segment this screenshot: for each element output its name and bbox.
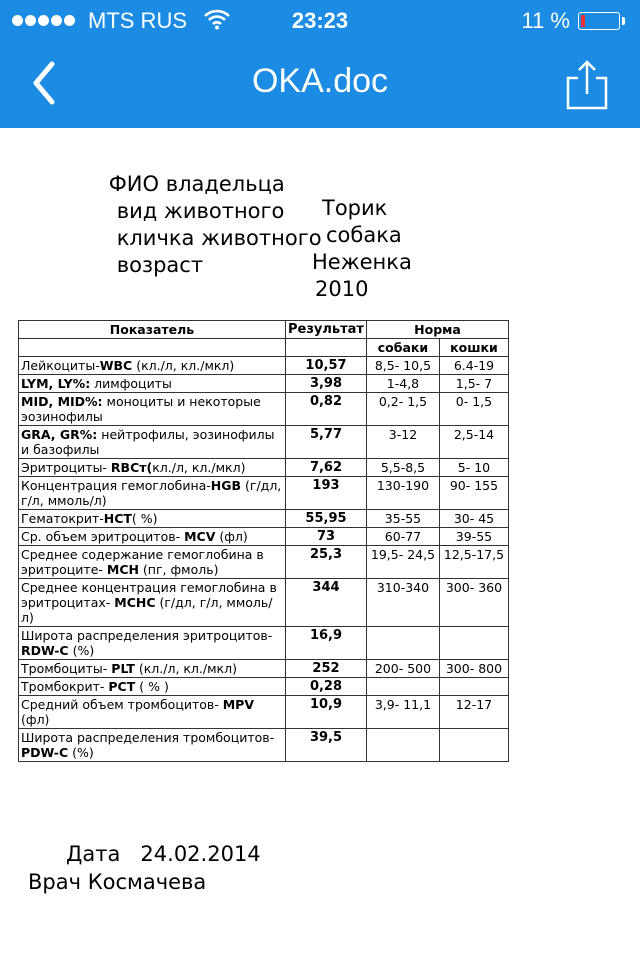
norm-cats-cell: 300- 800	[439, 660, 508, 678]
result-cell: 0,82	[286, 393, 367, 426]
nav-bar: OKA.doc	[0, 40, 640, 128]
result-cell: 3,98	[286, 375, 367, 393]
norm-dogs-cell: 3,9- 11,1	[366, 696, 439, 729]
info-value: Торик	[322, 196, 387, 220]
share-icon[interactable]	[564, 60, 610, 110]
doctor-label: Врач	[28, 870, 81, 894]
indicator-unit: (кл./л, кл./мкл)	[135, 661, 237, 676]
info-value: Неженка	[312, 250, 412, 274]
norm-cats-cell	[439, 729, 508, 762]
indicator-code: PCT	[108, 679, 135, 694]
indicator-unit: ( % )	[135, 679, 169, 694]
indicator-cell: MID, MID%: моноциты и некоторые эозинофи…	[19, 393, 286, 426]
table-row: LYM, LY%: лимфоциты3,981-4,81,5- 7	[19, 375, 509, 393]
info-value: 2010	[315, 277, 368, 301]
indicator-code: RBCт(	[111, 460, 152, 475]
date-label: Дата	[66, 842, 120, 866]
indicator-name: Лейкоциты-	[21, 358, 100, 373]
indicator-unit: кл./л, кл./мкл)	[152, 460, 245, 475]
indicator-name: Тромбоциты-	[21, 661, 111, 676]
indicator-cell: Лейкоциты-WBC (кл./л, кл./мкл)	[19, 357, 286, 375]
battery-icon	[578, 12, 620, 30]
indicator-code: LYM, LY%:	[21, 376, 90, 391]
norm-dogs-cell: 19,5- 24,5	[366, 546, 439, 579]
norm-cats-cell: 5- 10	[439, 459, 508, 477]
norm-dogs-cell: 8,5- 10,5	[366, 357, 439, 375]
result-cell: 7,62	[286, 459, 367, 477]
table-row: Тромбокрит- PCT ( % )0,28	[19, 678, 509, 696]
norm-cats-cell: 12,5-17,5	[439, 546, 508, 579]
indicator-code: MID, MID%:	[21, 394, 103, 409]
indicator-code: PDW-C	[21, 745, 68, 760]
table-row: Ср. объем эритроцитов- MCV (фл)7360-7739…	[19, 528, 509, 546]
indicator-cell: Среднее концентрация гемоглобина в эритр…	[19, 579, 286, 627]
header-empty	[19, 339, 286, 357]
norm-dogs-cell: 200- 500	[366, 660, 439, 678]
table-row: Концентрация гемоглобина-HGB (г/дл, г/л,…	[19, 477, 509, 510]
indicator-unit: (пг, фмоль)	[139, 562, 219, 577]
norm-cats-cell: 2,5-14	[439, 426, 508, 459]
result-cell: 39,5	[286, 729, 367, 762]
indicator-cell: Широта распределения эритроцитов-RDW-C (…	[19, 627, 286, 660]
table-row: Среднее концентрация гемоглобина в эритр…	[19, 579, 509, 627]
result-cell: 55,95	[286, 510, 367, 528]
indicator-cell: Среднее содержание гемоглобина в эритроц…	[19, 546, 286, 579]
norm-dogs-cell: 310-340	[366, 579, 439, 627]
document-title: OKA.doc	[0, 62, 640, 101]
result-cell: 252	[286, 660, 367, 678]
norm-cats-cell	[439, 678, 508, 696]
indicator-name: Гематокрит-	[21, 511, 104, 526]
norm-cats-cell: 12-17	[439, 696, 508, 729]
indicator-name: Эритроциты-	[21, 460, 111, 475]
norm-cats-cell: 300- 360	[439, 579, 508, 627]
norm-dogs-cell: 5,5-8,5	[366, 459, 439, 477]
table-row: Широта распределения тромбоцитов-PDW-C (…	[19, 729, 509, 762]
result-cell: 5,77	[286, 426, 367, 459]
indicator-name: Широта распределения эритроцитов-	[21, 628, 272, 643]
indicator-unit: (фл)	[215, 529, 247, 544]
indicator-cell: Концентрация гемоглобина-HGB (г/дл, г/л,…	[19, 477, 286, 510]
header-norm-cats: кошки	[439, 339, 508, 357]
indicator-code: GRA, GR%:	[21, 427, 97, 442]
indicator-cell: Средний объем тромбоцитов- MPV (фл)	[19, 696, 286, 729]
norm-cats-cell: 0- 1,5	[439, 393, 508, 426]
indicator-unit: (фл)	[21, 712, 49, 727]
norm-dogs-cell: 60-77	[366, 528, 439, 546]
result-cell: 73	[286, 528, 367, 546]
indicator-cell: Ср. объем эритроцитов- MCV (фл)	[19, 528, 286, 546]
indicator-cell: Тромбокрит- PCT ( % )	[19, 678, 286, 696]
norm-cats-cell: 30- 45	[439, 510, 508, 528]
norm-cats-cell: 6.4-19	[439, 357, 508, 375]
norm-cats-cell: 39-55	[439, 528, 508, 546]
indicator-name: Ср. объем эритроцитов-	[21, 529, 184, 544]
table-row: Среднее содержание гемоглобина в эритроц…	[19, 546, 509, 579]
indicator-code: WBC	[100, 358, 133, 373]
table-row: GRA, GR%: нейтрофилы, эозинофилы и базоф…	[19, 426, 509, 459]
norm-cats-cell: 1,5- 7	[439, 375, 508, 393]
indicator-unit: (%)	[68, 745, 94, 760]
table-row: Гематокрит-HCT( %)55,9535-5530- 45	[19, 510, 509, 528]
indicator-code: MCV	[184, 529, 215, 544]
norm-dogs-cell	[366, 627, 439, 660]
indicator-cell: Широта распределения тромбоцитов-PDW-C (…	[19, 729, 286, 762]
indicator-cell: GRA, GR%: нейтрофилы, эозинофилы и базоф…	[19, 426, 286, 459]
indicator-code: MPV	[223, 697, 254, 712]
indicator-code: HGB	[211, 478, 241, 493]
date-value: 24.02.2014	[140, 842, 260, 866]
table-row: Широта распределения эритроцитов-RDW-C (…	[19, 627, 509, 660]
indicator-code: MCHC	[114, 595, 155, 610]
header-result: Результат	[286, 321, 367, 339]
norm-dogs-cell: 0,2- 1,5	[366, 393, 439, 426]
header-indicator: Показатель	[19, 321, 286, 339]
indicator-code: PLT	[111, 661, 135, 676]
table-row: Средний объем тромбоцитов- MPV (фл)10,93…	[19, 696, 509, 729]
result-cell: 25,3	[286, 546, 367, 579]
norm-dogs-cell: 35-55	[366, 510, 439, 528]
norm-cats-cell	[439, 627, 508, 660]
header-norm-dogs: собаки	[366, 339, 439, 357]
indicator-name: Широта распределения тромбоцитов-	[21, 730, 274, 745]
doctor-name: Космачева	[88, 870, 207, 894]
indicator-name: Концентрация гемоглобина-	[21, 478, 211, 493]
battery-percent: 11 %	[521, 8, 570, 34]
indicator-code: MCH	[107, 562, 139, 577]
indicator-name: Средний объем тромбоцитов-	[21, 697, 223, 712]
result-cell: 10,9	[286, 696, 367, 729]
indicator-name: Тромбокрит-	[21, 679, 108, 694]
result-cell: 0,28	[286, 678, 367, 696]
norm-cats-cell: 90- 155	[439, 477, 508, 510]
norm-dogs-cell: 3-12	[366, 426, 439, 459]
table-row: Эритроциты- RBCт(кл./л, кл./мкл)7,625,5-…	[19, 459, 509, 477]
info-label: возраст	[117, 253, 203, 277]
top-bar: MTS RUS 23:23 11 % OKA.doc	[0, 0, 640, 128]
indicator-code: HCT	[104, 511, 132, 526]
blood-test-table: Показатель Результат Норма собаки кошки …	[18, 320, 509, 762]
status-bar: MTS RUS 23:23 11 %	[0, 0, 640, 40]
result-cell: 16,9	[286, 627, 367, 660]
table-row: Лейкоциты-WBC (кл./л, кл./мкл)10,578,5- …	[19, 357, 509, 375]
info-age: возраст 2010	[90, 229, 203, 325]
indicator-unit: (%)	[69, 643, 95, 658]
document-view: ФИО владельца Торик вид животного собака…	[0, 128, 640, 960]
indicator-cell: Эритроциты- RBCт(кл./л, кл./мкл)	[19, 459, 286, 477]
table-row: Тромбоциты- PLT (кл./л, кл./мкл)252200- …	[19, 660, 509, 678]
norm-dogs-cell: 1-4,8	[366, 375, 439, 393]
indicator-cell: LYM, LY%: лимфоциты	[19, 375, 286, 393]
info-value: собака	[326, 223, 402, 247]
indicator-unit: ( %)	[132, 511, 158, 526]
indicator-cell: Гематокрит-HCT( %)	[19, 510, 286, 528]
header-norm: Норма	[366, 321, 508, 339]
indicator-code: RDW-C	[21, 643, 69, 658]
indicator-unit: лимфоциты	[90, 376, 172, 391]
norm-dogs-cell: 130-190	[366, 477, 439, 510]
indicator-cell: Тромбоциты- PLT (кл./л, кл./мкл)	[19, 660, 286, 678]
footer-doctor: Врач Космачева	[28, 870, 206, 894]
table-row: MID, MID%: моноциты и некоторые эозинофи…	[19, 393, 509, 426]
header-empty	[286, 339, 367, 357]
result-cell: 193	[286, 477, 367, 510]
result-cell: 10,57	[286, 357, 367, 375]
norm-dogs-cell	[366, 678, 439, 696]
result-cell: 344	[286, 579, 367, 627]
indicator-unit: (кл./л, кл./мкл)	[132, 358, 234, 373]
footer-date: Дата 24.02.2014	[66, 842, 261, 866]
norm-dogs-cell	[366, 729, 439, 762]
